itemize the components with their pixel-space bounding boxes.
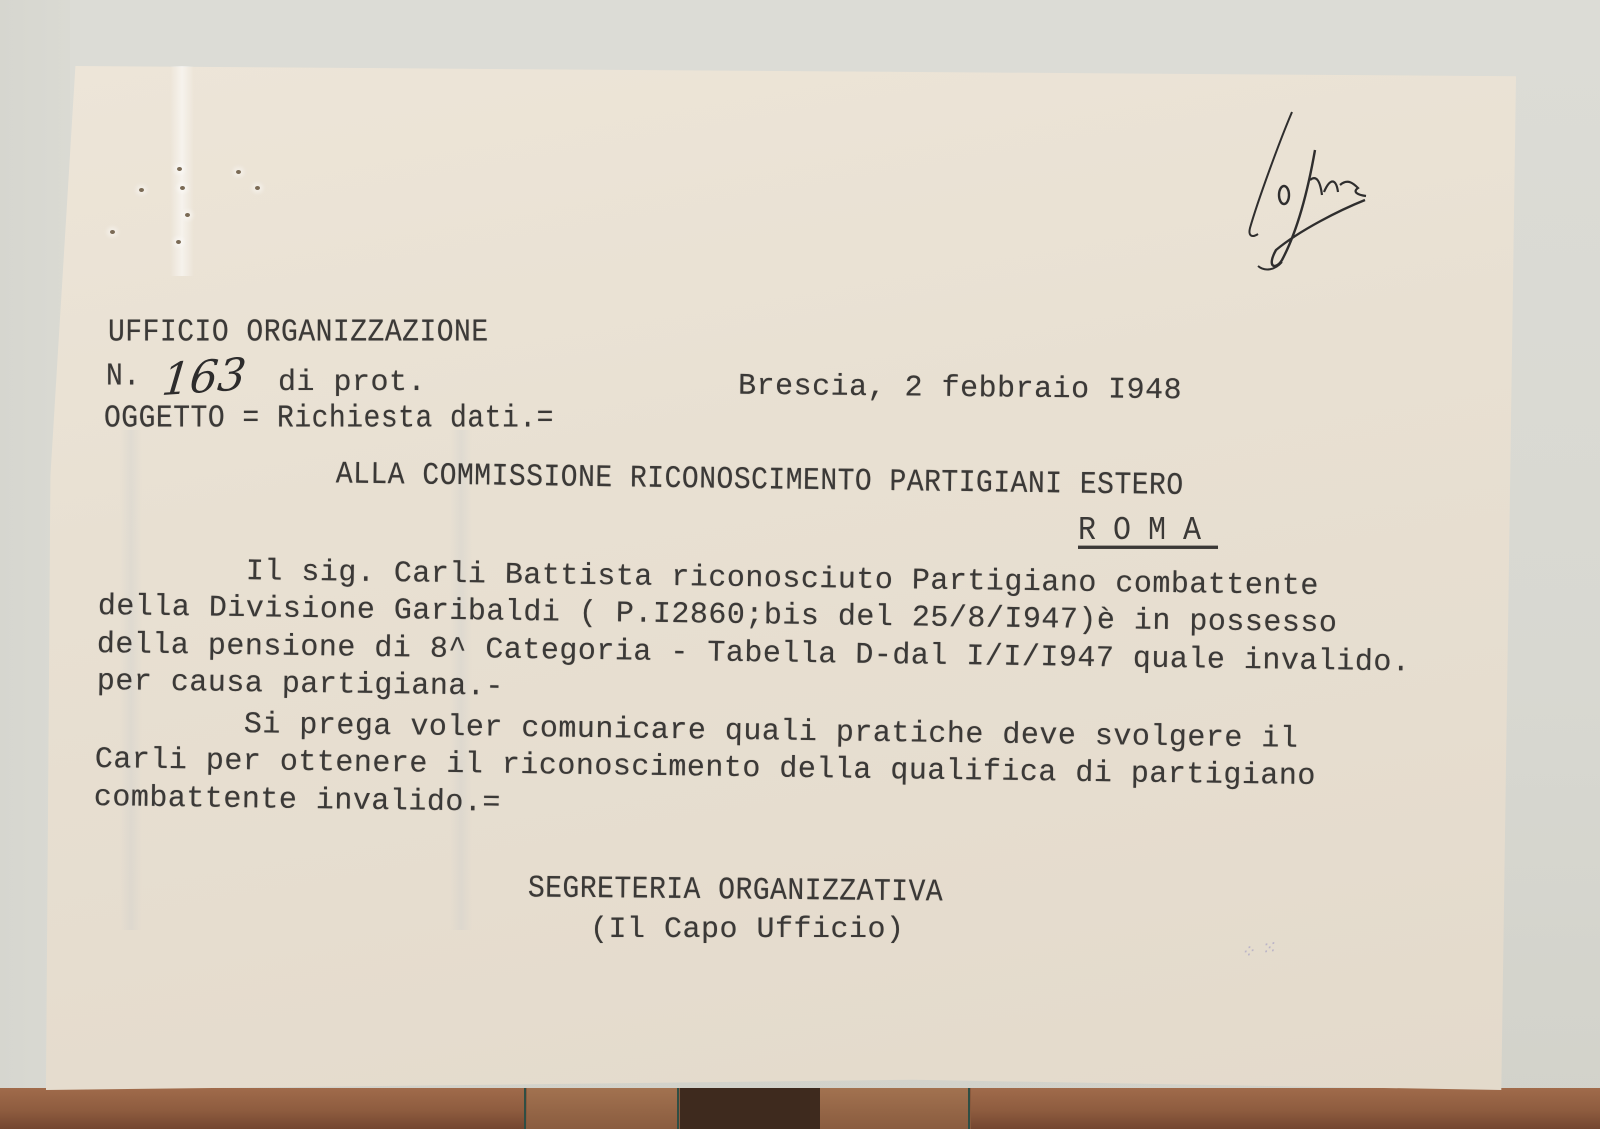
- subject-line: OGGETTO = Richiesta dati.=: [104, 404, 554, 435]
- desk-plank: [527, 1088, 677, 1129]
- pin-hole: [176, 240, 181, 244]
- office-heading: UFFICIO ORGANIZZAZIONE: [108, 318, 489, 349]
- desk-plank: [971, 1088, 1600, 1129]
- pin-hole: [185, 213, 190, 217]
- closing-department: SEGRETERIA ORGANIZZATIVA: [528, 874, 943, 909]
- pin-hole: [177, 167, 182, 171]
- handwritten-copia-signature-icon: [1240, 100, 1390, 280]
- protocol-prefix: N.: [106, 362, 141, 393]
- body-line: combattente invalido.=: [94, 783, 501, 819]
- closing-role: (Il Capo Ufficio): [590, 915, 905, 945]
- paper-fold-crease: [170, 66, 194, 276]
- body-line: per causa partigiana.-: [97, 667, 504, 703]
- desk-seam: [968, 1088, 970, 1129]
- protocol-number-handwritten: 163: [159, 349, 248, 406]
- pin-hole: [180, 186, 185, 190]
- protocol-suffix: di prot.: [278, 368, 426, 398]
- pin-hole: [139, 188, 144, 192]
- wooden-desk: [0, 1088, 1600, 1129]
- desk-seam: [524, 1088, 526, 1129]
- desk-gap: [680, 1088, 820, 1129]
- desk-seam: [677, 1088, 679, 1129]
- pin-hole: [110, 230, 115, 234]
- recipient-city: ROMA: [1078, 512, 1218, 550]
- pin-hole: [255, 186, 260, 190]
- pin-hole: [236, 170, 241, 174]
- desk-plank: [0, 1088, 524, 1129]
- desk-plank: [820, 1088, 968, 1129]
- place-and-date: Brescia, 2 febbraio I948: [738, 372, 1182, 407]
